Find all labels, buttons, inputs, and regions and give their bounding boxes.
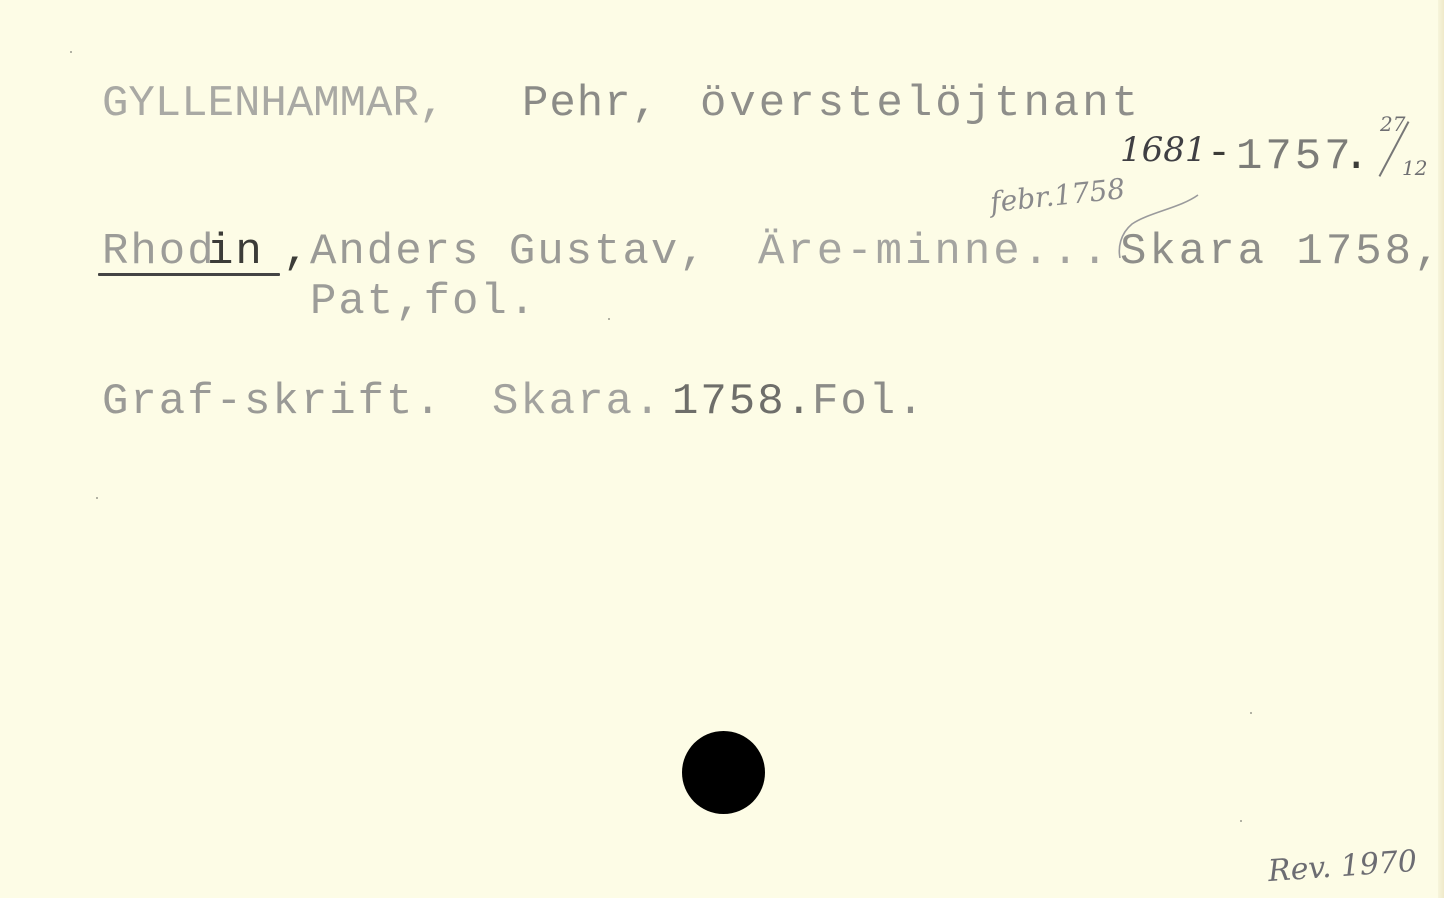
death-month: 12: [1402, 158, 1427, 178]
heading-name: GYLLENHAMMAR,: [102, 82, 445, 126]
dates-period: .: [1343, 135, 1371, 179]
catalog-card: GYLLENHAMMAR, Pehr, överstelöjtnant 1681…: [0, 0, 1444, 898]
entry2-text-a: Graf-skrift.: [102, 380, 443, 424]
author-underline: [98, 273, 280, 276]
speck: [1240, 820, 1242, 822]
author-surname-start: Rhod: [102, 230, 216, 274]
heading-first-name: Pehr,: [522, 82, 659, 126]
annotation-handwritten: febr.1758: [989, 175, 1127, 217]
author-surname-end: in: [207, 230, 264, 274]
speck: [96, 497, 98, 499]
dates-dash: -: [1207, 135, 1233, 175]
revision-note: Rev. 1970: [1267, 847, 1418, 887]
birth-year-handwritten: 1681: [1120, 133, 1207, 167]
card-edge: [1438, 0, 1444, 898]
speck: [70, 51, 72, 53]
speck: [1250, 712, 1252, 714]
heading-title: överstelöjtnant: [700, 82, 1141, 126]
punch-hole: [682, 731, 765, 814]
speck: [608, 318, 610, 320]
death-year: 1757: [1236, 135, 1354, 179]
work-title: Äre-minne...: [758, 230, 1111, 274]
place-year: Skara 1758,: [1120, 230, 1443, 274]
format: Pat,fol.: [310, 280, 537, 324]
entry2-text-d: Fol.: [812, 380, 926, 424]
author-comma: ,: [283, 230, 311, 274]
author-given-names: Anders Gustav,: [310, 230, 708, 274]
entry2-text-c: 1758.: [672, 380, 814, 424]
entry2-text-b: Skara.: [492, 380, 662, 424]
